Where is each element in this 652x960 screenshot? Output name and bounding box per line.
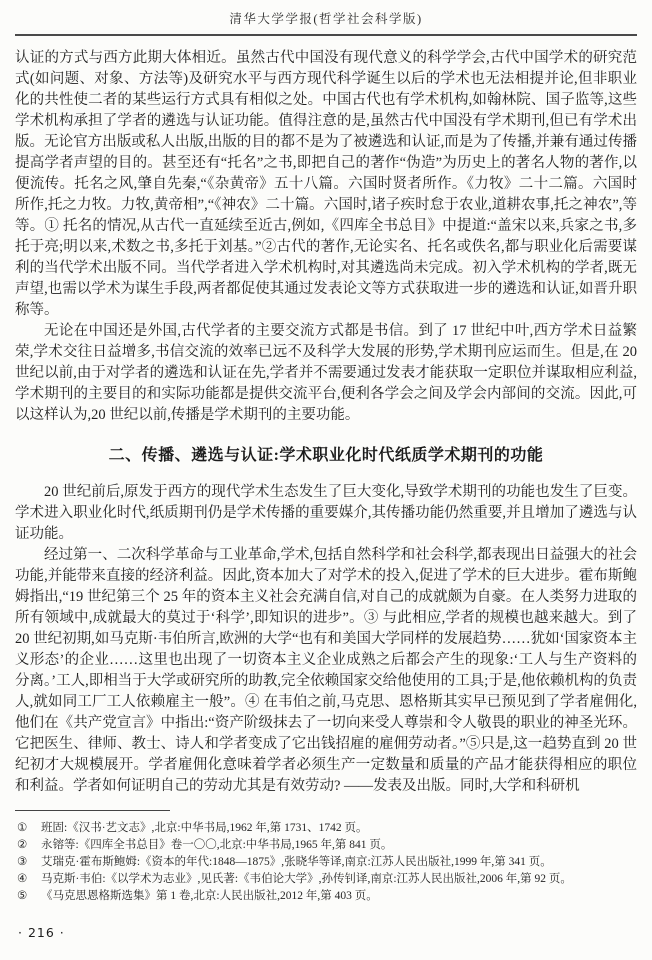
section-heading: 二、传播、遴选与认证:学术职业化时代纸质学术期刊的功能 [15,445,637,466]
journal-header: 清华大学学报(哲学社会科学版) [15,6,637,27]
footnote-marker: ④ [15,871,41,888]
footnote-separator [15,810,170,811]
journal-title: 清华大学学报(哲学社会科学版) [229,12,422,26]
paragraph: 无论在中国还是外国,古代学者的主要交流方式都是书信。到了 17 世纪中叶,西方学… [15,321,637,426]
paragraph: 20 世纪前后,原发于西方的现代学术生态发生了巨大变化,导致学术期刊的功能也发生… [15,482,637,545]
footnote-text: 艾瑞克·霍布斯鲍姆:《资本的年代:1848—1875》,张晓华等译,南京:江苏人… [41,854,637,871]
article-body: 认证的方式与西方此期大体相近。虽然古代中国没有现代意义的科学学会,古代中国学术的… [15,48,637,797]
footnote-marker: ② [15,837,41,854]
footnote-item: ⑤ 《马克思恩格斯选集》第 1 卷,北京:人民出版社,2012 年,第 403 … [15,888,637,905]
footnote-text: 马克斯·韦伯:《以学术为志业》,见氏著:《韦伯论大学》,孙传钊译,南京:江苏人民… [41,871,637,888]
page-number: · 216 · [18,925,65,940]
journal-page: 清华大学学报(哲学社会科学版) 认证的方式与西方此期大体相近。虽然古代中国没有现… [0,0,652,960]
footnote-marker: ⑤ [15,888,41,905]
footnote-item: ④ 马克斯·韦伯:《以学术为志业》,见氏著:《韦伯论大学》,孙传钊译,南京:江苏… [15,871,637,888]
footnote-text: 班固:《汉书·艺文志》,北京:中华书局,1962 年,第 1731、1742 页… [41,820,637,837]
paragraph-continuation: 认证的方式与西方此期大体相近。虽然古代中国没有现代意义的科学学会,古代中国学术的… [15,48,637,321]
footnote-item: ② 永镕等:《四库全书总目》卷一〇〇,北京:中华书局,1965 年,第 841 … [15,837,637,854]
footnote-list: ① 班固:《汉书·艺文志》,北京:中华书局,1962 年,第 1731、1742… [15,820,637,905]
paragraph: 经过第一、二次科学革命与工业革命,学术,包括自然科学和社会科学,都表现出日益强大… [15,545,637,797]
footnote-text: 永镕等:《四库全书总目》卷一〇〇,北京:中华书局,1965 年,第 841 页。 [41,837,637,854]
footnote-text: 《马克思恩格斯选集》第 1 卷,北京:人民出版社,2012 年,第 403 页。 [41,888,637,905]
footnote-item: ① 班固:《汉书·艺文志》,北京:中华书局,1962 年,第 1731、1742… [15,820,637,837]
footnote-marker: ③ [15,854,41,871]
header-rule [15,34,637,36]
footnote-item: ③ 艾瑞克·霍布斯鲍姆:《资本的年代:1848—1875》,张晓华等译,南京:江… [15,854,637,871]
footnote-marker: ① [15,820,41,837]
